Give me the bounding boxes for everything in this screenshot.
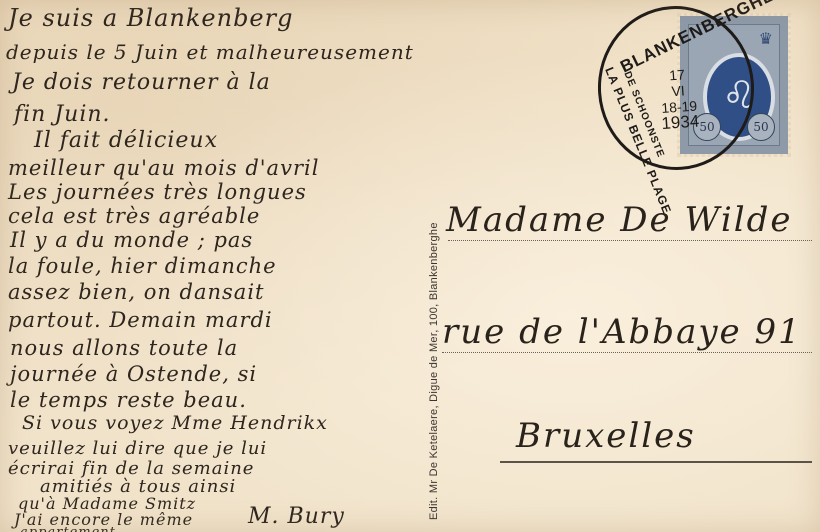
message-line: fin Juin. xyxy=(14,104,111,126)
address-line-2 xyxy=(442,352,812,353)
street-address: rue de l'Abbaye 91 xyxy=(442,312,802,352)
message-line: journée à Ostende, si xyxy=(10,364,257,385)
city: Bruxelles xyxy=(516,416,696,456)
message-line: veuillez lui dire que je lui xyxy=(8,440,267,458)
message-line: la foule, hier dimanche xyxy=(8,256,277,277)
message-line: Je dois retourner à la xyxy=(12,72,271,94)
recipient-name: Madame De Wilde xyxy=(446,200,792,240)
message-line: appartement xyxy=(20,526,116,532)
signature: M. Bury xyxy=(248,506,345,528)
stamp-value-right: 50 xyxy=(747,113,775,141)
crown-icon: ♛ xyxy=(759,29,773,49)
address-line-3 xyxy=(500,461,812,463)
address-line-1 xyxy=(448,240,812,241)
message-line: depuis le 5 Juin et malheureusement xyxy=(6,42,414,62)
publisher-imprint: Edit. Mr De Ketelaere, Digue de Mer, 100… xyxy=(428,222,440,520)
message-line: assez bien, on dansait xyxy=(8,282,265,303)
message-line: Il y a du monde ; pas xyxy=(10,230,253,251)
message-line: meilleur qu'au mois d'avril xyxy=(8,158,319,179)
postmark-year: 1934 xyxy=(661,113,700,132)
message-line: Je suis a Blankenberg xyxy=(8,6,293,30)
message-line: partout. Demain mardi xyxy=(8,310,273,331)
message-line: Les journées très longues xyxy=(8,182,307,203)
postmark-date: 17 VI 18-19 1934 xyxy=(658,66,700,132)
message-line: le temps reste beau. xyxy=(10,390,247,411)
message-line: cela est très agréable xyxy=(8,206,260,227)
message-line: nous allons toute la xyxy=(10,338,238,359)
message-line: Il fait délicieux xyxy=(34,130,218,152)
postcard: Je suis a Blankenberg depuis le 5 Juin e… xyxy=(0,0,820,532)
message-line: Si vous voyez Mme Hendrikx xyxy=(22,414,328,433)
